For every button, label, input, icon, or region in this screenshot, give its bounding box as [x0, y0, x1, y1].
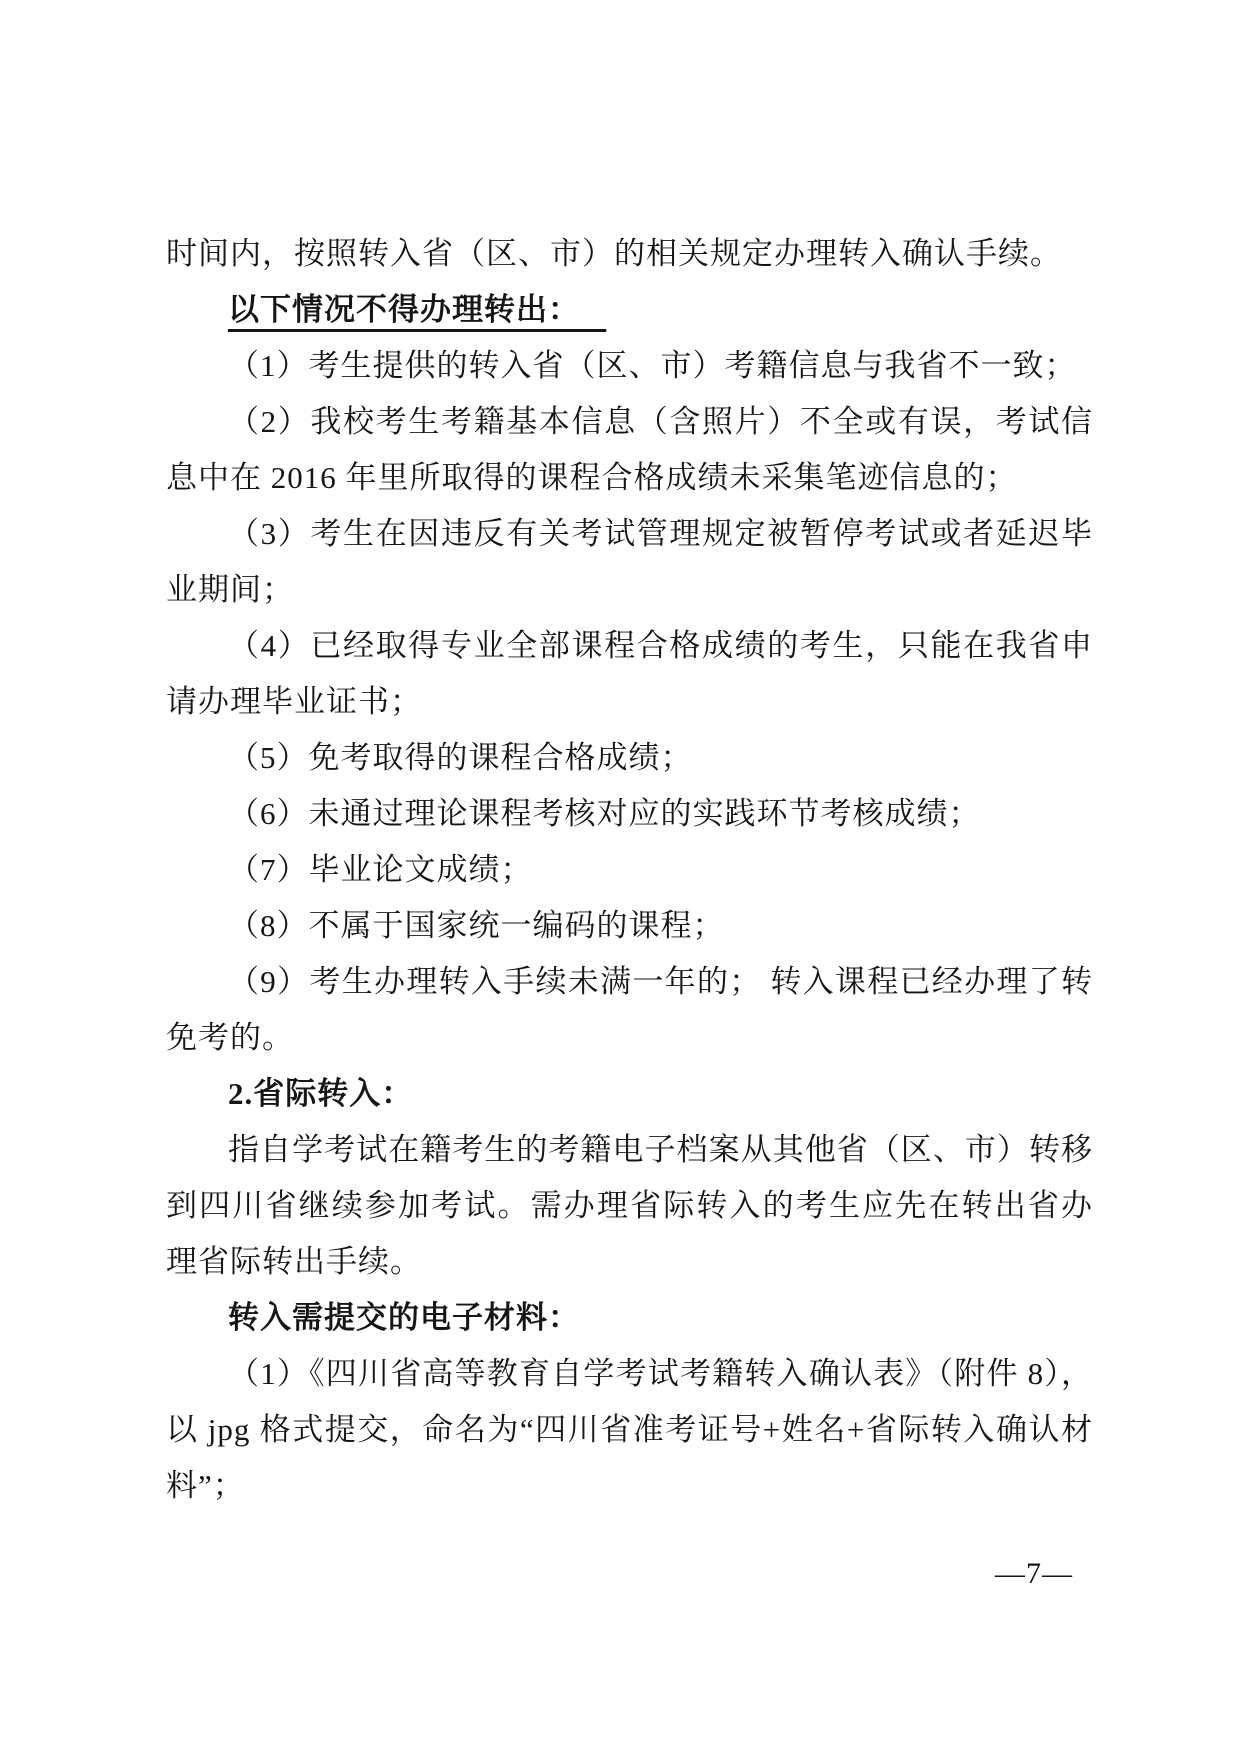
heading-materials-to-submit: 转入需提交的电子材料： [166, 1290, 1093, 1346]
document-page: 时间内，按照转入省（区、市）的相关规定办理转入确认手续。 以下情况不得办理转出：… [0, 0, 1241, 1754]
list-item-7: （7）毕业论文成绩； [166, 842, 1093, 898]
heading-inter-province-transfer-in: 2.省际转入： [166, 1066, 1093, 1122]
list-item-3: （3）考生在因违反有关考试管理规定被暂停考试或者延迟毕业期间； [166, 506, 1093, 618]
list-item-materials-1: （1）《四川省高等教育自学考试考籍转入确认表》（附件 8），以 jpg 格式提交… [166, 1346, 1093, 1514]
list-item-5: （5）免考取得的课程合格成绩； [166, 730, 1093, 786]
list-item-4: （4）已经取得专业全部课程合格成绩的考生，只能在我省申请办理毕业证书； [166, 618, 1093, 730]
page-number: —7— [995, 1556, 1073, 1592]
list-item-9: （9）考生办理转入手续未满一年的； 转入课程已经办理了转免考的。 [166, 954, 1093, 1066]
list-item-8: （8）不属于国家统一编码的课程； [166, 898, 1093, 954]
heading-no-transfer-out: 以下情况不得办理转出： [166, 282, 1093, 338]
paragraph-transfer-in-description: 指自学考试在籍考生的考籍电子档案从其他省（区、市）转移到四川省继续参加考试。需办… [166, 1122, 1093, 1290]
document-body: 时间内，按照转入省（区、市）的相关规定办理转入确认手续。 以下情况不得办理转出：… [166, 226, 1093, 1514]
list-item-2: （2）我校考生考籍基本信息（含照片）不全或有误，考试信息中在 2016 年里所取… [166, 394, 1093, 506]
paragraph-continuation: 时间内，按照转入省（区、市）的相关规定办理转入确认手续。 [166, 226, 1093, 282]
list-item-6: （6）未通过理论课程考核对应的实践环节考核成绩； [166, 786, 1093, 842]
list-item-1: （1）考生提供的转入省（区、市）考籍信息与我省不一致； [166, 338, 1093, 394]
